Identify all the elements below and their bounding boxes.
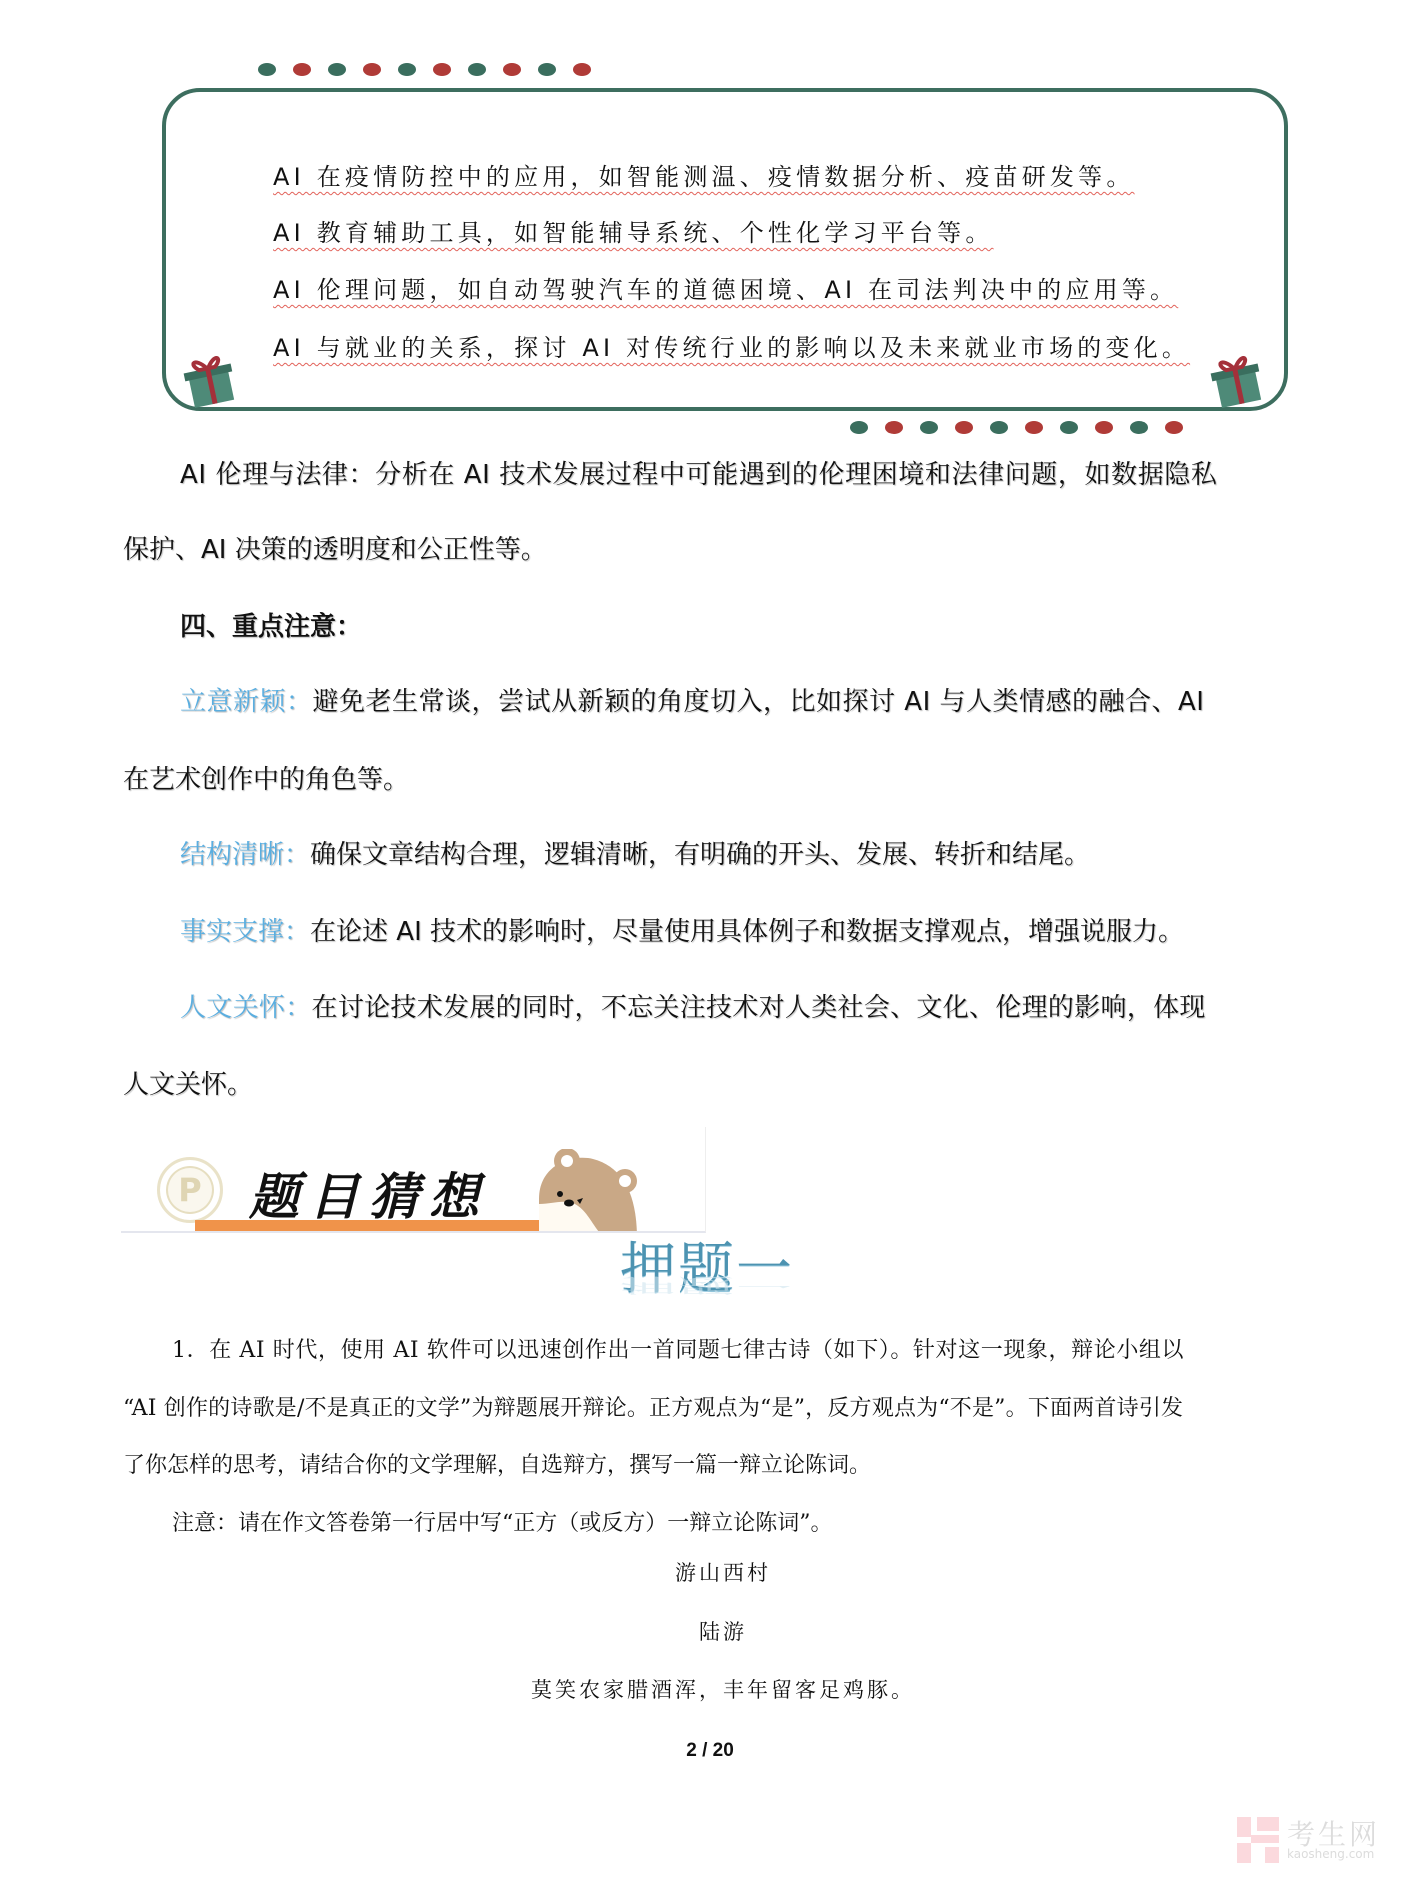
page-number: 2 / 20: [0, 1740, 1420, 1762]
decor-dot: [885, 421, 903, 434]
section-heading: 四、重点注意：: [180, 610, 362, 644]
question-line2: “AI 创作的诗歌是/不是真正的文学”为辩题展开辩论。正方观点为“是”，反方观点…: [123, 1395, 1183, 1423]
topic-guess-banner: P 题目猜想: [121, 1127, 706, 1233]
ethics-paragraph-line1: AI 伦理与法律：分析在 AI 技术发展过程中可能遇到的伦理困境和法律问题，如数…: [180, 458, 1218, 492]
poem-line: 莫笑农家腊酒浑，丰年留客足鸡豚。: [13, 1676, 1420, 1704]
topic-item: AI 教育辅助工具，如智能辅导系统、个性化学习平台等。: [273, 218, 994, 248]
poem-title: 游山西村: [13, 1559, 1420, 1587]
decor-dot: [398, 63, 416, 76]
watermark-domain: kaosheng.com: [1287, 1847, 1374, 1861]
decor-dot: [468, 63, 486, 76]
decor-dot: [1025, 421, 1043, 434]
banner-title: 题目猜想: [249, 1157, 489, 1229]
question-line1: 1．在 AI 时代，使用 AI 软件可以迅速创作出一首同题七律古诗（如下）。针对…: [172, 1337, 1184, 1365]
decor-dot: [1060, 421, 1078, 434]
decor-dot: [990, 421, 1008, 434]
key-point-text: 在讨论技术发展的同时，不忘关注技术对人类社会、文化、伦理的影响，体现: [312, 993, 1206, 1023]
question-note: 注意：请在作文答卷第一行居中写“正方（或反方）一辩立论陈词”。: [172, 1510, 833, 1538]
key-point-label: 事实支撑：: [180, 917, 310, 947]
bear-mascot-icon: [533, 1149, 643, 1233]
decor-dot: [1095, 421, 1113, 434]
key-point-label: 人文关怀：: [180, 993, 312, 1023]
decor-dot: [573, 63, 591, 76]
decor-dot: [363, 63, 381, 76]
ethics-paragraph-line2: 保护、AI 决策的透明度和公正性等。: [123, 533, 547, 567]
kaosheng-logo-icon: [1237, 1817, 1279, 1863]
key-point-humanity: 人文关怀：在讨论技术发展的同时，不忘关注技术对人类社会、文化、伦理的影响，体现: [180, 991, 1206, 1025]
decor-dot: [538, 63, 556, 76]
decor-dot: [850, 421, 868, 434]
decor-dot: [1130, 421, 1148, 434]
key-point-continuation: 人文关怀。: [123, 1068, 253, 1102]
key-point-text: 确保文章结构合理，逻辑清晰，有明确的开头、发展、转折和结尾。: [310, 840, 1090, 870]
gift-icon: [180, 352, 242, 408]
decor-dot: [1165, 421, 1183, 434]
topic-item: AI 在疫情防控中的应用，如智能测温、疫情数据分析、疫苗研发等。: [273, 162, 1135, 192]
decor-dot: [433, 63, 451, 76]
decor-dot: [328, 63, 346, 76]
key-point-evidence: 事实支撑：在论述 AI 技术的影响时，尽量使用具体例子和数据支撑观点，增强说服力…: [180, 915, 1184, 949]
key-point-innovation: 立意新颖：避免老生常谈，尝试从新颖的角度切入，比如探讨 AI 与人类情感的融合、…: [180, 685, 1204, 719]
key-point-text: 避免老生常谈，尝试从新颖的角度切入，比如探讨 AI 与人类情感的融合、AI: [313, 687, 1205, 717]
coin-p-icon: P: [157, 1157, 223, 1223]
subtitle-reflection: 押题一: [620, 1274, 794, 1296]
key-point-structure: 结构清晰：确保文章结构合理，逻辑清晰，有明确的开头、发展、转折和结尾。: [180, 838, 1090, 872]
key-point-label: 立意新颖：: [180, 687, 313, 717]
decor-dot: [293, 63, 311, 76]
key-point-text: 在论述 AI 技术的影响时，尽量使用具体例子和数据支撑观点，增强说服力。: [310, 917, 1184, 947]
decor-dot: [503, 63, 521, 76]
topic-item: AI 伦理问题，如自动驾驶汽车的道德困境、AI 在司法判决中的应用等。: [273, 275, 1178, 305]
decor-dot: [258, 63, 276, 76]
topic-item: AI 与就业的关系，探讨 AI 对传统行业的影响以及未来就业市场的变化。: [273, 333, 1190, 363]
decor-dot: [920, 421, 938, 434]
poem-author: 陆游: [13, 1618, 1420, 1646]
gift-icon: [1207, 352, 1269, 408]
question-line3: 了你怎样的思考，请结合你的文学理解，自选辩方，撰写一篇一辩立论陈词。: [123, 1452, 871, 1480]
watermark: 考生网 kaosheng.com: [1237, 1817, 1397, 1865]
decor-dot: [955, 421, 973, 434]
key-point-label: 结构清晰：: [180, 840, 310, 870]
key-point-continuation: 在艺术创作中的角色等。: [123, 763, 409, 797]
